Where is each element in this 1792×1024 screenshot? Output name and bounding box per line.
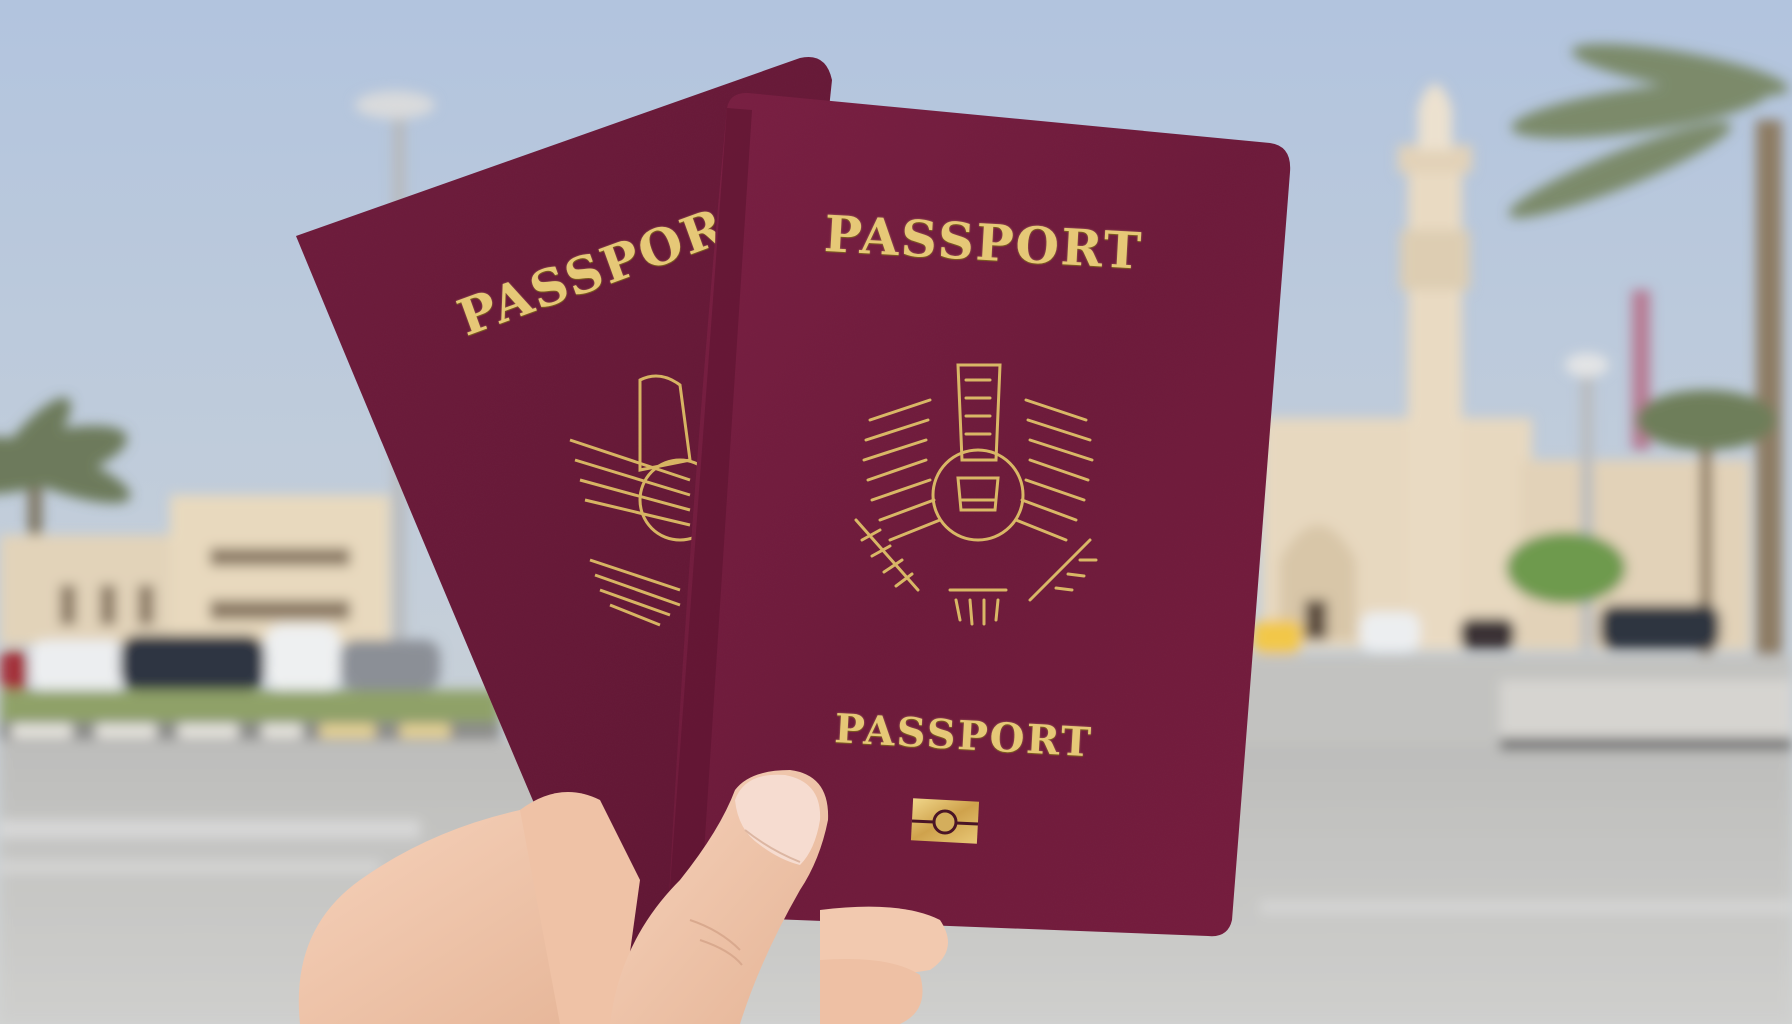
photo-scene bbox=[0, 0, 1792, 1024]
biometric-chip-icon bbox=[911, 798, 979, 843]
